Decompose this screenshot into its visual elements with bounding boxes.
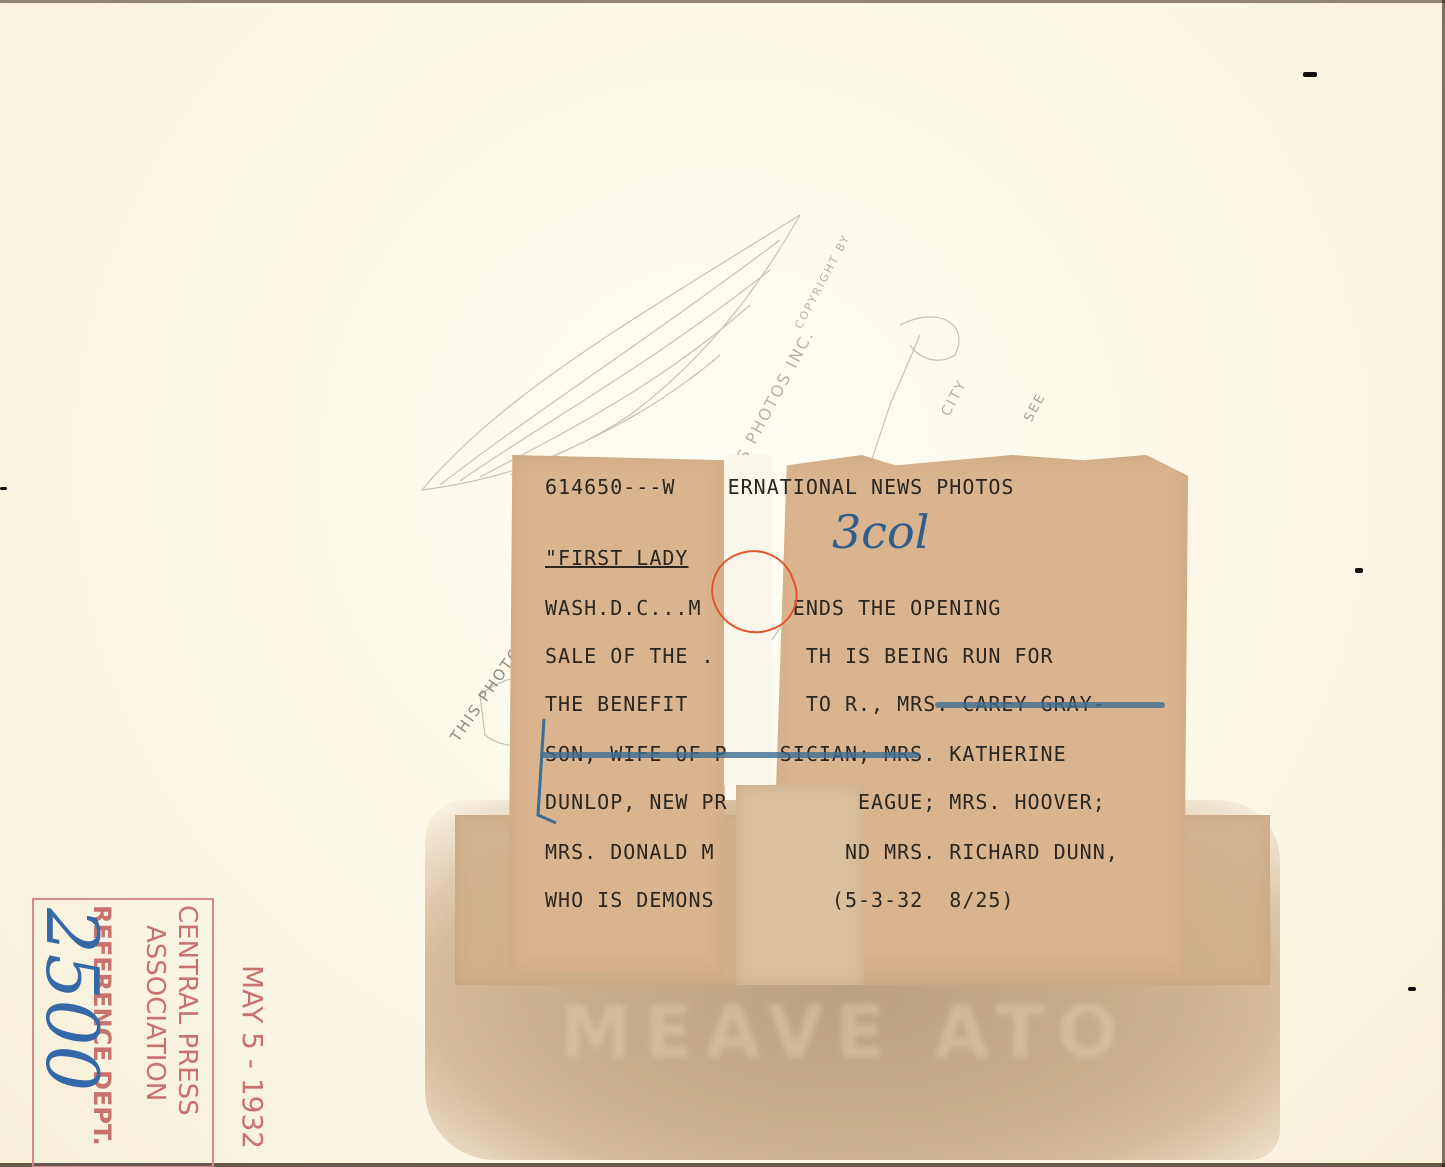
ink-speck (1408, 987, 1416, 991)
stamp-date: MAY 5 - 1932 (236, 965, 269, 1149)
bottom-edge (0, 1163, 1445, 1167)
handwritten-reference-number: 2500 (30, 908, 114, 1091)
caption-line: WHO IS DEMONS (5-3-32 8/25) (545, 888, 1014, 912)
caption-header: 614650---W ERNATIONAL NEWS PHOTOS (545, 475, 1014, 499)
caption-title: "FIRST LADY (545, 546, 688, 570)
stain-ghost-lettering: MEAVE ATO (560, 990, 1180, 1070)
ink-speck (1303, 72, 1317, 77)
stamp-organization: CENTRAL PRESS (172, 905, 202, 1116)
handwritten-column-note: 3col (832, 505, 929, 559)
caption-line: DUNLOP, NEW PR EAGUE; MRS. HOOVER; (545, 790, 1106, 814)
tape-patch-middle (736, 785, 864, 985)
stamp-organization-line2: ASSOCIATION (140, 925, 170, 1101)
blue-check-icon (530, 715, 560, 825)
strikethrough-mark (935, 702, 1165, 708)
strikethrough-mark (540, 752, 920, 758)
caption-line: SALE OF THE . TH IS BEING RUN FOR (545, 644, 1054, 668)
ink-speck (0, 487, 7, 490)
top-edge (0, 0, 1445, 3)
caption-line: MRS. DONALD M ND MRS. RICHARD DUNN, (545, 840, 1119, 864)
ink-speck (1355, 568, 1363, 573)
